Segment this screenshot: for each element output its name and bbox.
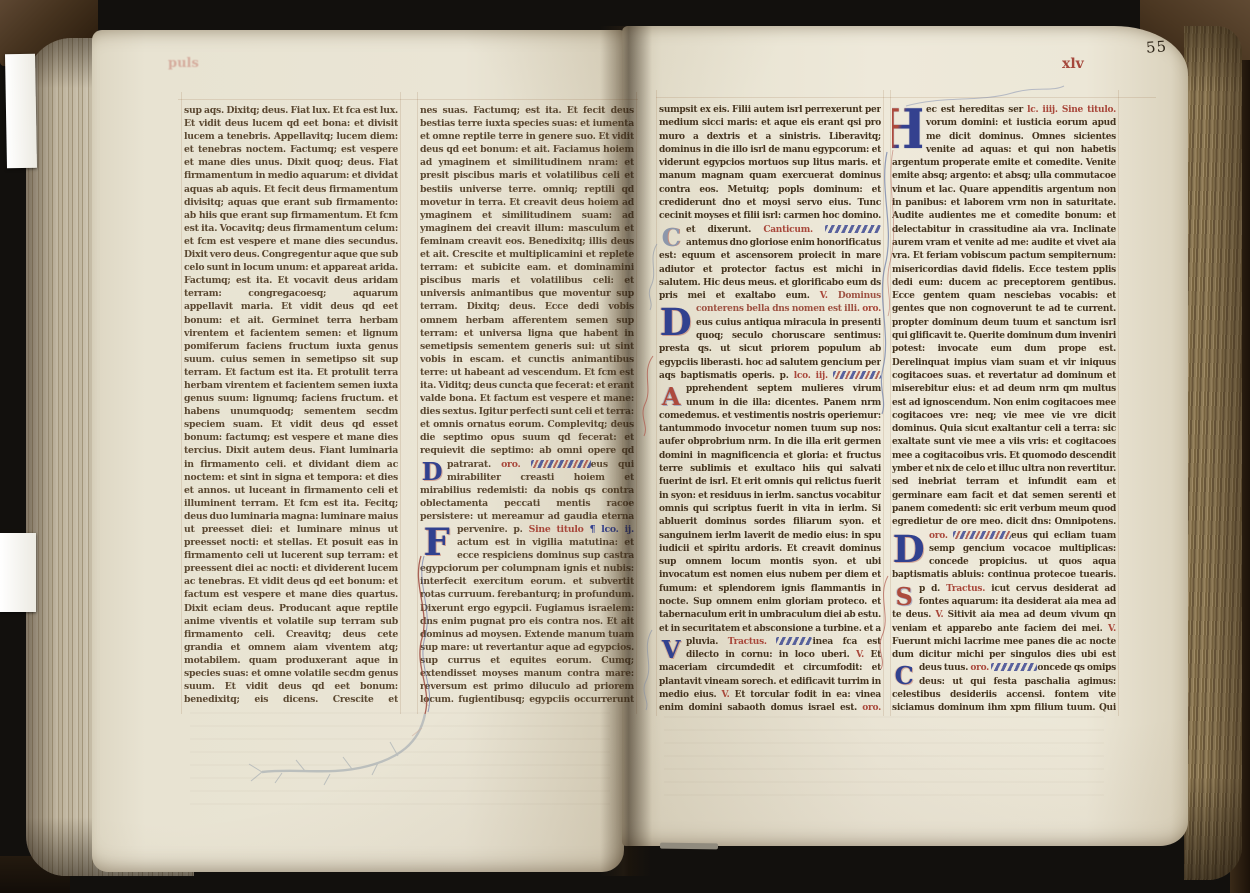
illuminated-initial-a: A bbox=[659, 384, 683, 409]
rubric-text: oro. bbox=[862, 304, 881, 314]
illuminated-initial-v: V bbox=[659, 637, 683, 662]
rubric-text: lco. iij. bbox=[794, 371, 833, 381]
text-column-right-1: sumpsit ex eis. Filii autem isrl perrexe… bbox=[659, 104, 881, 712]
body-text: sumpsit ex eis. Filii autem isrl perrexe… bbox=[659, 105, 881, 235]
body-text: actum est in vigilia matutina: et ecce r… bbox=[420, 537, 634, 708]
line-filler-ornament bbox=[825, 225, 881, 233]
rubric-text: Canticum. bbox=[763, 225, 825, 235]
rubric-text: oro. bbox=[501, 459, 531, 470]
rubric-text: lc. iiij. Sine titulo. bbox=[1027, 105, 1116, 115]
text-column-right-2: Hec est hereditas ser lc. iiij. Sine tit… bbox=[892, 104, 1116, 712]
body-text: ec est hereditas ser bbox=[926, 105, 1027, 115]
illuminated-initial-f: F bbox=[420, 524, 453, 561]
text-column-left-1: sup aqs. Dixitq; deus. Fiat lux. Et fca … bbox=[184, 104, 398, 708]
rubric-text: oro. bbox=[929, 531, 953, 541]
illuminated-initial-c: C bbox=[892, 663, 916, 688]
page-stack-right-edge bbox=[1184, 26, 1242, 880]
line-filler-ornament bbox=[776, 637, 812, 645]
body-text: nes suas. Factumq; est ita. Et fecit deu… bbox=[420, 105, 634, 470]
rubric-text: oro. bbox=[970, 663, 991, 673]
illuminated-initial-d: D bbox=[892, 531, 925, 568]
body-text: sup aqs. Dixitq; deus. Fiat lux. Et fca … bbox=[184, 105, 398, 708]
versal-text: V. bbox=[935, 610, 947, 620]
folio-number: 55 bbox=[1145, 37, 1167, 56]
faded-ink-mark: puls bbox=[168, 56, 199, 71]
rubric-text: Sine titulo bbox=[529, 524, 590, 535]
illuminated-initial-d: D bbox=[420, 459, 444, 484]
text-column-left-2: nes suas. Factumq; est ita. Et fecit deu… bbox=[420, 104, 634, 708]
rubric-text: oro. bbox=[862, 703, 881, 712]
versal-text: V. bbox=[722, 690, 735, 700]
versal-text: V. bbox=[856, 650, 871, 660]
illuminated-initial-d: D bbox=[659, 304, 692, 341]
rubric-text: Tractus. bbox=[946, 584, 991, 594]
bluerubric-text: lco. ij. bbox=[595, 524, 634, 535]
line-filler-ornament bbox=[531, 460, 591, 468]
line-filler-ornament bbox=[833, 371, 881, 379]
page-edge-sliver bbox=[660, 843, 718, 850]
rubric-text: Tractus. bbox=[728, 637, 777, 647]
versal-text: V. bbox=[820, 291, 838, 301]
bookmark-slip-lower bbox=[0, 533, 36, 612]
illuminated-initial-c: C bbox=[659, 225, 683, 250]
line-filler-ornament bbox=[991, 663, 1037, 671]
versal-text: V. bbox=[1108, 624, 1116, 634]
illuminated-initial-h: H bbox=[892, 104, 922, 155]
illuminated-initial-s: S bbox=[892, 584, 916, 609]
manuscript-photo: 55 xlv puls sup aqs. Dixitq; deus. Fiat … bbox=[0, 0, 1250, 893]
body-text: pprehendent septem mulieres virum unum i… bbox=[659, 384, 881, 647]
body-text: vorum domini: et iusticia eorum apud me … bbox=[892, 118, 1116, 527]
quire-numeral: xlv bbox=[1062, 56, 1084, 72]
bookmark-slip-upper bbox=[5, 54, 37, 169]
line-filler-ornament bbox=[953, 531, 1011, 539]
